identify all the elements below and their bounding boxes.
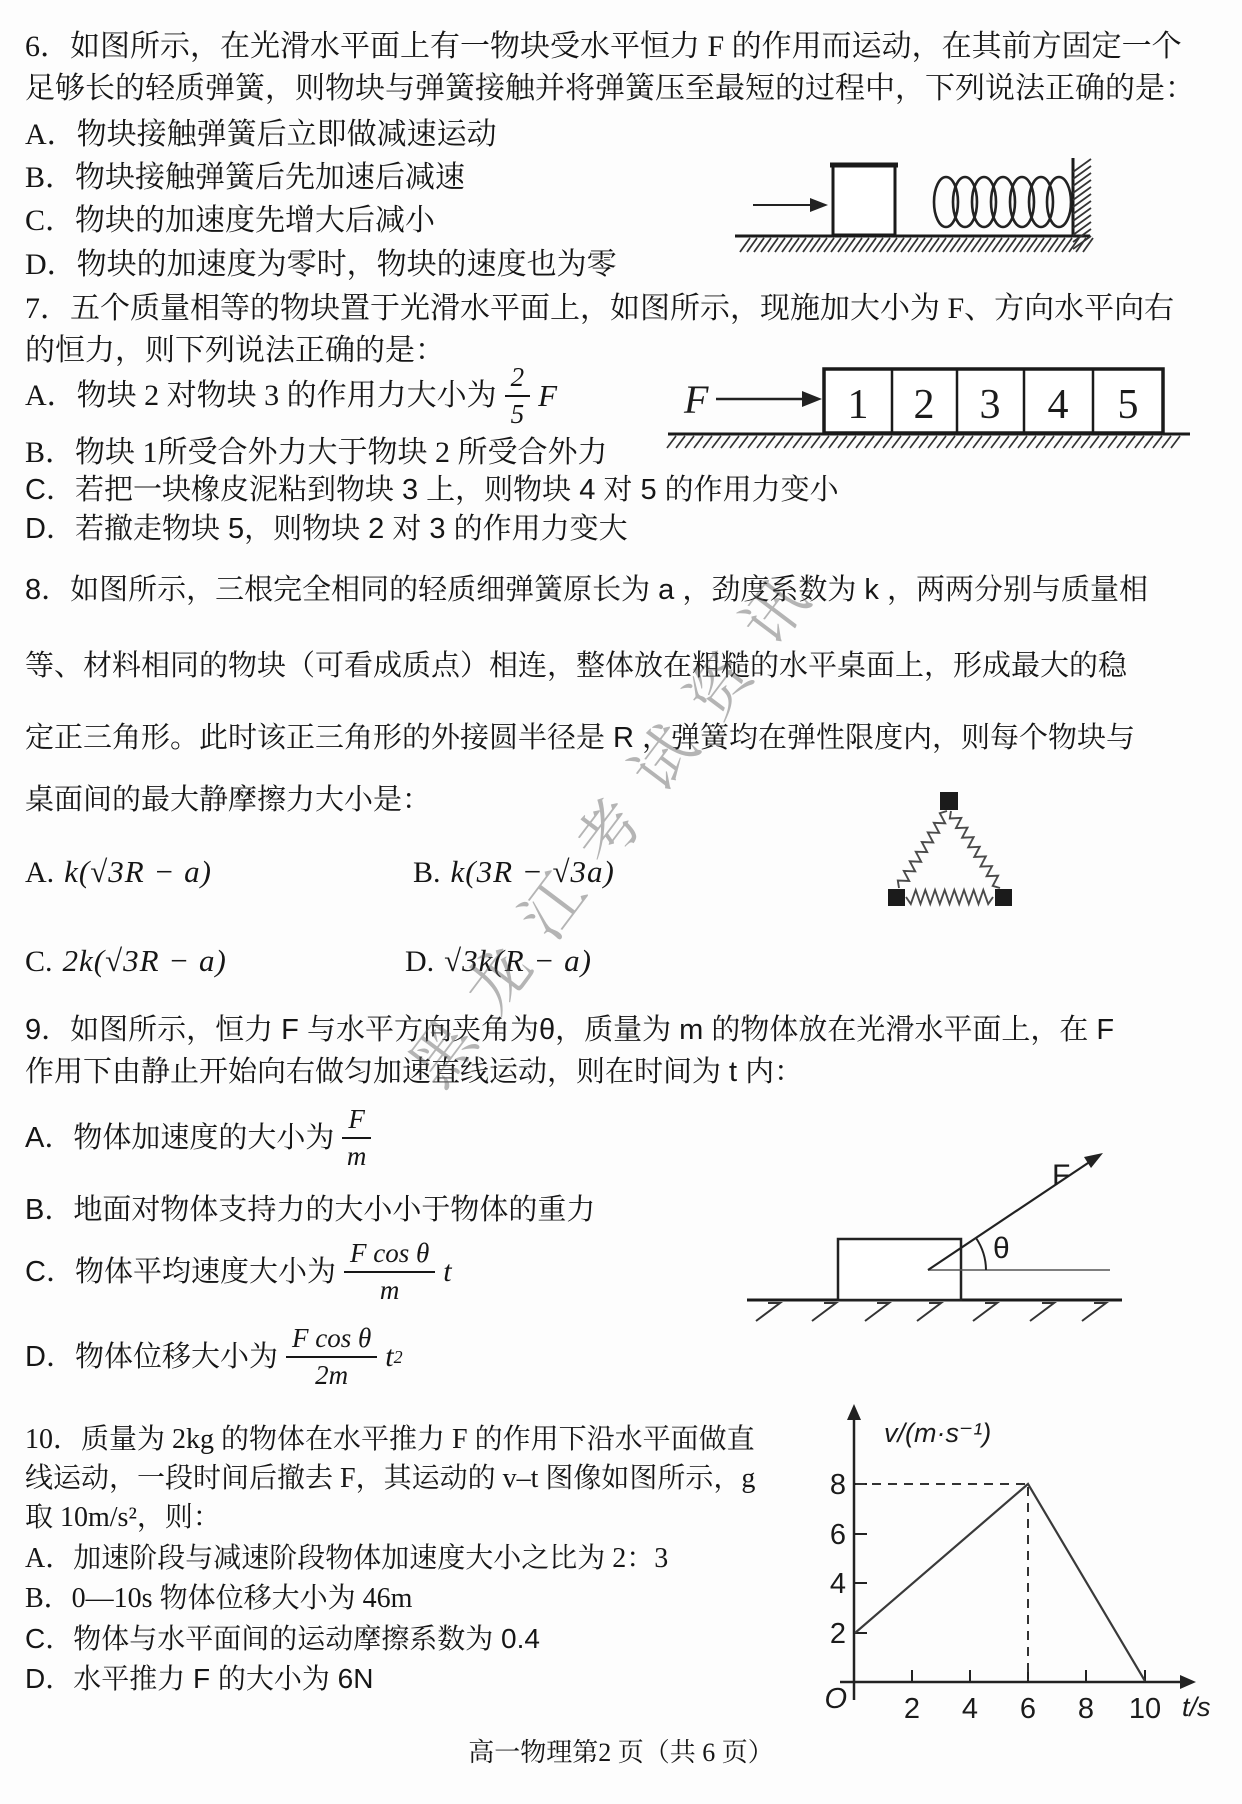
x-axis-label: t/s <box>1182 1692 1211 1722</box>
force-arrowhead <box>802 391 822 407</box>
force-arrowhead <box>1084 1153 1103 1168</box>
block-bottom-left <box>888 889 905 906</box>
angle-arc <box>976 1238 986 1270</box>
velocity-line <box>855 1484 1145 1681</box>
angle-label: θ <box>993 1232 1010 1265</box>
block-number-3: 3 <box>980 382 1001 428</box>
force-arrowhead <box>810 198 828 212</box>
block-bottom-right <box>995 889 1012 906</box>
y-tick-6: 6 <box>830 1519 846 1551</box>
spring-bottom <box>906 890 993 904</box>
x-tick-10: 10 <box>1129 1693 1161 1725</box>
x-tick-2: 2 <box>904 1693 920 1725</box>
x-tick-6: 6 <box>1020 1693 1036 1725</box>
spring-coil <box>934 177 1071 227</box>
block-number-2: 2 <box>914 382 935 428</box>
q6-diagram-block-spring-wall <box>735 158 1093 252</box>
ground-hatching <box>740 238 1093 252</box>
ground-hatching <box>667 436 1180 448</box>
exam-page: 6．如图所示，在光滑水平面上有一物块受水平恒力 F 的作用而运动，在其前方固定一… <box>0 0 1242 1804</box>
block <box>833 164 895 235</box>
block-number-4: 4 <box>1048 382 1069 428</box>
block-number-5: 5 <box>1118 382 1139 428</box>
y-axis-label: v/(m·s⁻¹) <box>884 1418 991 1448</box>
y-tick-2: 2 <box>830 1618 846 1650</box>
block-top <box>940 792 958 810</box>
y-tick-4: 4 <box>830 1568 846 1600</box>
spring-right <box>950 811 1000 888</box>
spring-left <box>898 811 947 888</box>
force-label: F <box>1052 1159 1070 1192</box>
q9-diagram-angled-force: θ F <box>747 1153 1122 1321</box>
diagrams-layer: F 1 2 3 4 5 <box>0 0 1242 1804</box>
y-axis-arrowhead <box>847 1404 861 1420</box>
x-tick-8: 8 <box>1078 1693 1094 1725</box>
x-axis-arrowhead <box>1180 1675 1196 1689</box>
block-number-1: 1 <box>848 382 869 428</box>
ground-hatching <box>756 1303 1106 1321</box>
q8-diagram-spring-triangle <box>888 792 1012 906</box>
force-label: F <box>683 377 709 422</box>
q7-diagram-five-blocks: F 1 2 3 4 5 <box>667 369 1190 448</box>
axis-ticks <box>854 1484 1145 1682</box>
origin-label: O <box>824 1683 847 1715</box>
x-tick-4: 4 <box>962 1693 978 1725</box>
y-tick-8: 8 <box>830 1469 846 1501</box>
q10-velocity-time-graph: 2 4 6 8 2 4 6 8 10 O v/(m·s⁻¹) t/s <box>824 1404 1210 1725</box>
